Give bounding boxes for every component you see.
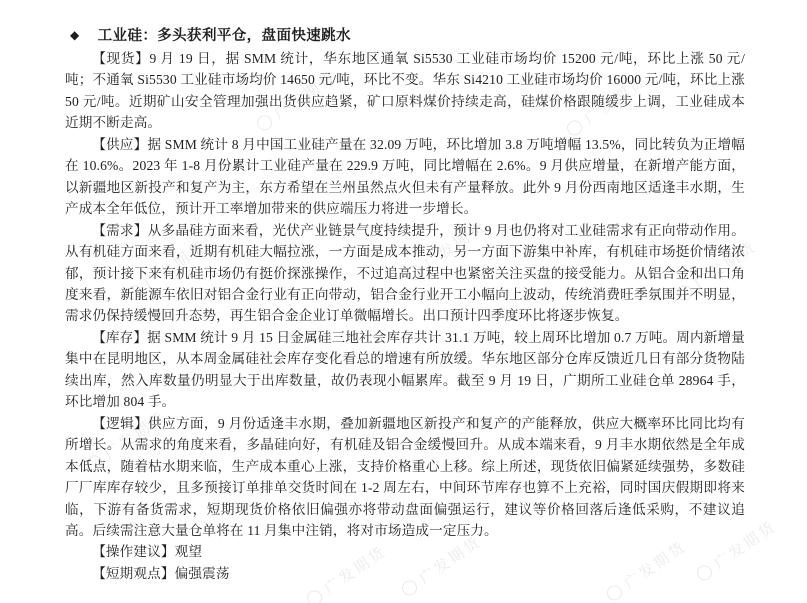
paragraph-demand: 【需求】从多晶硅方面来看，光伏产业链景气度持续提升，预计 9 月也仍将对工业硅需… bbox=[65, 220, 745, 327]
report-content: ◆ 工业硅：多头获利平仓，盘面快速跳水 【现货】9 月 19 日，据 SMM 统… bbox=[0, 0, 807, 584]
section-title: ◆ 工业硅：多头获利平仓，盘面快速跳水 bbox=[65, 25, 745, 47]
diamond-bullet-icon: ◆ bbox=[70, 24, 80, 46]
paragraph-view: 【短期观点】偏强震荡 bbox=[65, 563, 745, 584]
section-title-text: 工业硅：多头获利平仓，盘面快速跳水 bbox=[98, 25, 351, 47]
paragraph-supply: 【供应】据 SMM 统计 8 月中国工业硅产量在 32.09 万吨，环比增加 3… bbox=[65, 134, 745, 220]
report-page: 广发期货 广发期货 广发期货 广发期货 广发期货 广发期货 广发期货 广发期货 … bbox=[0, 0, 807, 603]
paragraph-logic: 【逻辑】供应方面，9 月份适逢丰水期，叠加新疆地区新投产和复产的产能释放，供应大… bbox=[65, 413, 745, 542]
gf-logo-watermark-icon bbox=[604, 582, 625, 603]
paragraph-spot: 【现货】9 月 19 日，据 SMM 统计，华东地区通氧 Si5530 工业硅市… bbox=[65, 48, 745, 134]
gf-logo-watermark-icon bbox=[304, 587, 325, 603]
paragraph-advice: 【操作建议】观望 bbox=[65, 541, 745, 562]
paragraph-inventory: 【库存】据 SMM 统计 9 月 15 日金属硅三地社会库存共计 31.1 万吨… bbox=[65, 327, 745, 413]
